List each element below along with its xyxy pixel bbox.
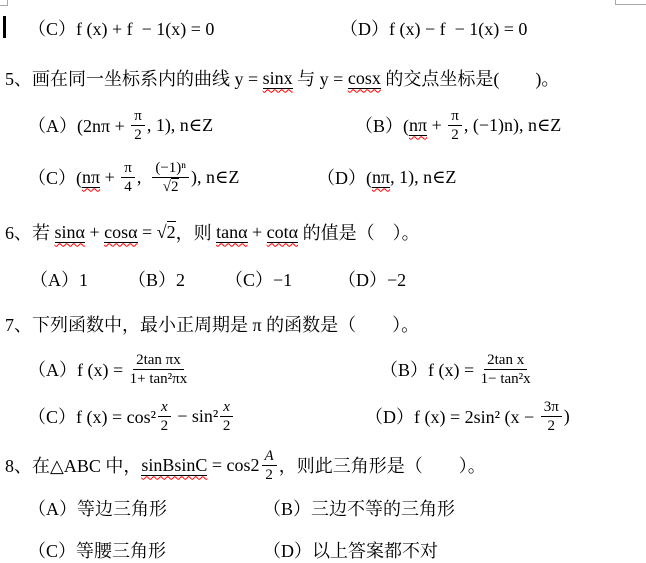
margin-mark-top-left-horizontal	[0, 5, 8, 6]
spellcheck-underline: nπ	[82, 167, 100, 188]
q7-stem: 7、下列函数中，最小正周期是 π 的函数是（ ）。	[5, 309, 419, 339]
q8-stem: 8、在△ABC 中，sinBsinC = cos2A2，则此三角形是（ ）。	[5, 442, 486, 488]
q8-option-c: （C）等腰三角形	[28, 537, 166, 563]
q4-option-d-text: （D）f (x) − f − 1(x) = 0	[340, 15, 527, 41]
square-root: √2	[163, 178, 179, 196]
q8-option-a: （A）等边三角形	[28, 494, 167, 522]
q5-option-a: （A）(2nπ + π2, 1), n∈Z	[28, 103, 213, 147]
spellcheck-underline: sinα	[55, 222, 85, 243]
spellcheck-underline: tanα	[216, 222, 247, 243]
q5-stem-row: 5、画在同一坐标系内的曲线 y = sinx 与 y = cosx 的交点坐标是…	[0, 62, 646, 94]
q8-options-row-2: （C）等腰三角形 （D）以上答案都不对	[0, 537, 646, 563]
q8-options-row-1: （A）等边三角形 （B）三边不等的三角形	[0, 494, 646, 522]
q7-options-row-2: （C）f (x) = cos²x2 − sin²x2 （D）f (x) = 2s…	[0, 393, 646, 439]
fraction: x2	[220, 398, 233, 435]
fraction: π4	[121, 159, 135, 196]
q6-option-a: （A）1	[30, 266, 88, 292]
spellcheck-underline: sinBsinC	[141, 455, 207, 476]
q4-option-c-text: （C）f (x) + f − 1(x) = 0	[28, 15, 214, 41]
q8-option-d: （D）以上答案都不对	[263, 537, 438, 563]
q4-options-row: （C）f (x) + f − 1(x) = 0 （D）f (x) − f − 1…	[0, 14, 646, 42]
margin-mark-top-right-horizontal	[615, 4, 646, 5]
q5-stem: 5、画在同一坐标系内的曲线 y = sinx 与 y = cosx 的交点坐标是…	[5, 62, 559, 94]
q6-stem: 6、若 sinα + cosα = √2，则 tanα + cotα 的值是（ …	[5, 214, 420, 250]
fraction: 3π2	[541, 398, 562, 435]
document-page[interactable]: （C）f (x) + f − 1(x) = 0 （D）f (x) − f − 1…	[0, 0, 646, 563]
q8-option-b: （B）三边不等的三角形	[263, 494, 455, 522]
spellcheck-underline: cosα	[104, 222, 137, 243]
q7-options-row-1: （A）f (x) = 2tan πx1+ tan²πx （B）f (x) = 2…	[0, 346, 646, 392]
square-root: √2	[157, 222, 176, 243]
fraction: 2tan x1− tan²x	[481, 351, 531, 388]
q5-option-c: （C）(nπ + π4, (−1)ⁿ√2), n∈Z	[28, 151, 239, 203]
spellcheck-underline: cosx	[348, 68, 381, 89]
spellcheck-underline: nπ	[409, 115, 427, 136]
fraction: π2	[448, 107, 462, 144]
spellcheck-underline: cotα	[267, 222, 298, 243]
q6-option-b: （B）2	[128, 266, 185, 292]
spellcheck-underline: sinx	[263, 68, 293, 89]
fraction: x2	[158, 398, 171, 435]
q7-option-a: （A）f (x) = 2tan πx1+ tan²πx	[28, 346, 189, 392]
q4-option-d: （D）f (x) − f − 1(x) = 0	[340, 14, 527, 42]
q7-stem-row: 7、下列函数中，最小正周期是 π 的函数是（ ）。	[0, 309, 646, 339]
q7-option-c: （C）f (x) = cos²x2 − sin²x2	[28, 393, 235, 439]
fraction: A2	[262, 447, 277, 484]
q5-option-b: （B）(nπ + π2, (−1)n), n∈Z	[355, 103, 561, 147]
q6-options-row: （A）1 （B）2 （C）−1 （D）−2	[0, 266, 646, 292]
fraction: 2tan πx1+ tan²πx	[130, 351, 188, 388]
spellcheck-underline: nπ	[372, 167, 390, 188]
q5-options-row-2: （C）(nπ + π4, (−1)ⁿ√2), n∈Z （D）(nπ, 1), n…	[0, 151, 646, 203]
q6-option-d: （D）−2	[338, 266, 406, 292]
fraction: (−1)ⁿ√2	[152, 159, 189, 196]
q5-option-d: （D）(nπ, 1), n∈Z	[317, 151, 456, 203]
q6-stem-row: 6、若 sinα + cosα = √2，则 tanα + cotα 的值是（ …	[0, 214, 646, 250]
q8-stem-row: 8、在△ABC 中，sinBsinC = cos2A2，则此三角形是（ ）。	[0, 442, 646, 488]
q4-option-c: （C）f (x) + f − 1(x) = 0	[28, 14, 214, 42]
q5-options-row-1: （A）(2nπ + π2, 1), n∈Z （B）(nπ + π2, (−1)n…	[0, 103, 646, 147]
q7-option-b: （B）f (x) = 2tan x1− tan²x	[380, 346, 533, 392]
fraction: π2	[131, 107, 145, 144]
q7-option-d: （D）f (x) = 2sin² (x − 3π2)	[365, 393, 570, 439]
q6-option-c: （C）−1	[225, 266, 292, 292]
